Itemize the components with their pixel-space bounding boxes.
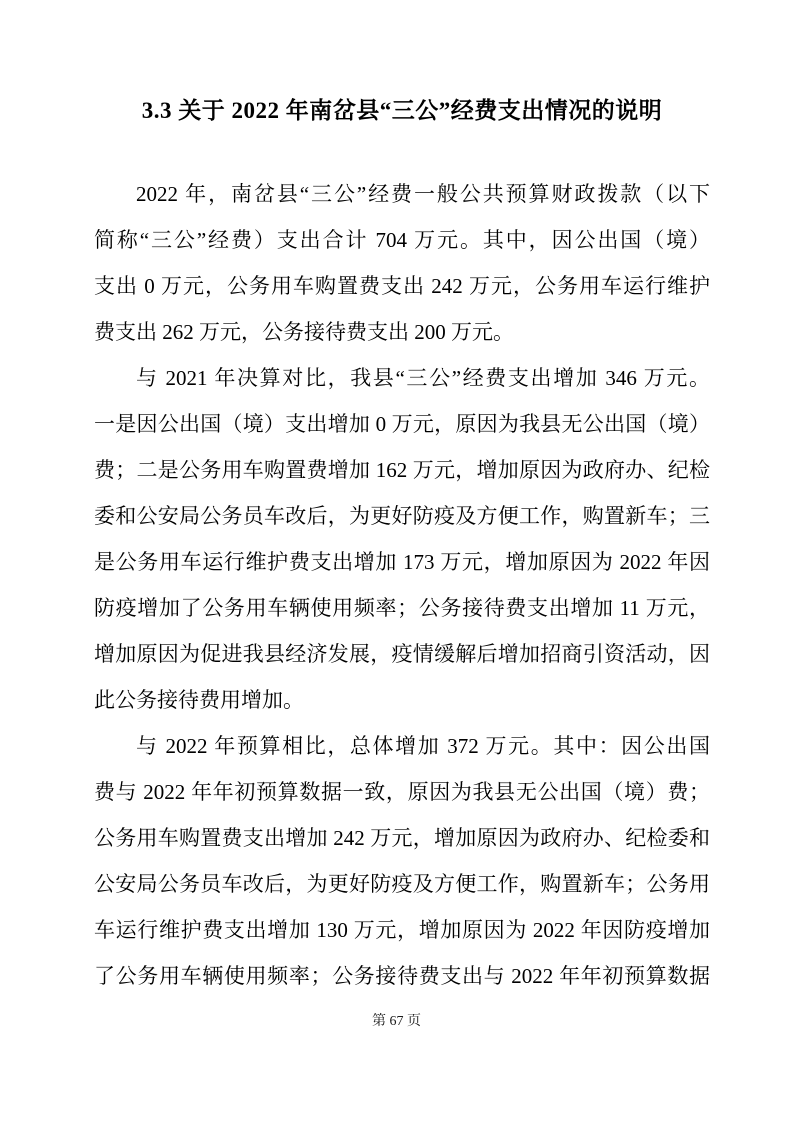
text-line: 委和公安局公务员车改后，为更好防疫及方便工作，购置新车；三 [94, 493, 710, 539]
document-page: 3.3 关于 2022 年南岔县“三公”经费支出情况的说明 2022 年，南岔县… [0, 0, 793, 1122]
paragraph-vs-2021-final-accounts: 与 2021 年决算对比，我县“三公”经费支出增加 346 万元。 一是因公出国… [94, 355, 710, 723]
text-line: 此公务接待费用增加。 [94, 677, 710, 723]
text-line: 与 2021 年决算对比，我县“三公”经费支出增加 346 万元。 [94, 355, 710, 401]
text-line: 与 2022 年预算相比，总体增加 372 万元。其中：因公出国（境） [94, 723, 710, 769]
text-line: 防疫增加了公务用车辆使用频率；公务接待费支出增加 11 万元， [94, 585, 710, 631]
text-line: 支出 0 万元，公务用车购置费支出 242 万元，公务用车运行维护 [94, 263, 710, 309]
document-title: 3.3 关于 2022 年南岔县“三公”经费支出情况的说明 [94, 95, 710, 127]
text-line: 车运行维护费支出增加 130 万元，增加原因为 2022 年因防疫增加 [94, 907, 710, 953]
text-line: 公务用车购置费支出增加 242 万元，增加原因为政府办、纪检委和 [94, 815, 710, 861]
paragraph-vs-2022-budget: 与 2022 年预算相比，总体增加 372 万元。其中：因公出国（境） 费与 2… [94, 723, 710, 999]
text-line: 2022 年，南岔县“三公”经费一般公共预算财政拨款（以下 [94, 171, 710, 217]
text-line: 了公务用车辆使用频率；公务接待费支出与 2022 年年初预算数据 [94, 953, 710, 999]
document-body: 2022 年，南岔县“三公”经费一般公共预算财政拨款（以下 简称“三公”经费）支… [94, 171, 710, 999]
page-footer: 第 67 页 [0, 1010, 793, 1034]
text-line: 一是因公出国（境）支出增加 0 万元，原因为我县无公出国（境） [94, 401, 710, 447]
text-line: 费支出 262 万元，公务接待费支出 200 万元。 [94, 309, 710, 355]
text-line: 简称“三公”经费）支出合计 704 万元。其中，因公出国（境） [94, 217, 710, 263]
text-line: 费；二是公务用车购置费增加 162 万元，增加原因为政府办、纪检 [94, 447, 710, 493]
paragraph-overview: 2022 年，南岔县“三公”经费一般公共预算财政拨款（以下 简称“三公”经费）支… [94, 171, 710, 355]
text-line: 公安局公务员车改后，为更好防疫及方便工作，购置新车；公务用 [94, 861, 710, 907]
text-line: 增加原因为促进我县经济发展，疫情缓解后增加招商引资活动，因 [94, 631, 710, 677]
text-line: 是公务用车运行维护费支出增加 173 万元，增加原因为 2022 年因 [94, 539, 710, 585]
text-line: 费与 2022 年年初预算数据一致，原因为我县无公出国（境）费； [94, 769, 710, 815]
page-number: 第 67 页 [372, 1014, 421, 1029]
